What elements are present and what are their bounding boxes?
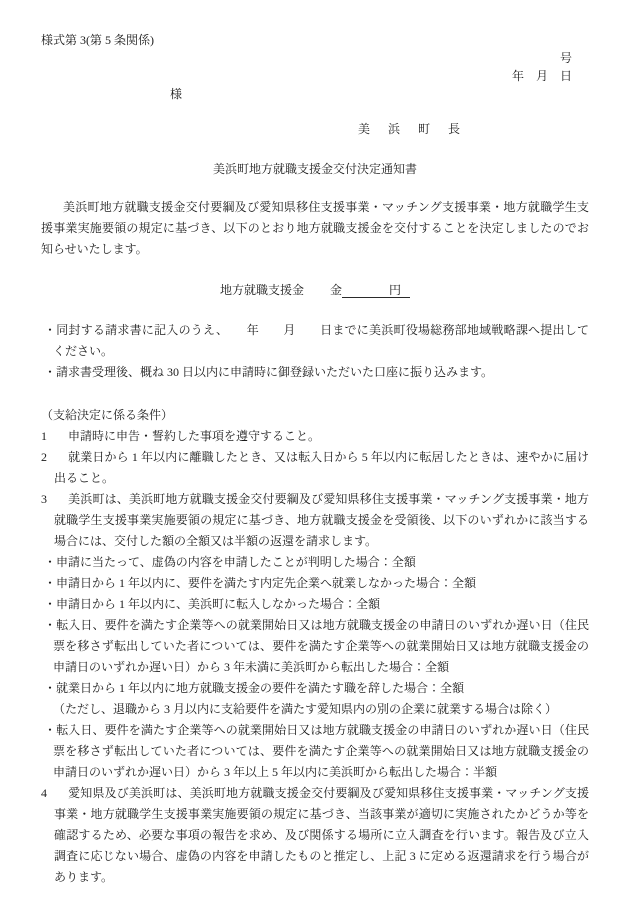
subitem: ・申請日から 1 年以内に、美浜町に転入しなかった場合：全額	[41, 594, 589, 615]
condition-item-2: 2就業日から 1 年以内に離職したとき、又は転入日から 5 年以内に転居したとき…	[41, 447, 589, 489]
conditions-list: 1申請時に申告・誓約した事項を遵守すること。 2就業日から 1 年以内に離職した…	[41, 426, 589, 888]
subitem: ・申請に当たって、虚偽の内容を申請したことが判明した場合：全額	[41, 552, 589, 573]
subitem: ・就業日から 1 年以内に地方就職支援金の要件を満たす職を辞した場合：全額	[41, 678, 589, 699]
condition-3-subitems: ・申請に当たって、虚偽の内容を申請したことが判明した場合：全額 ・申請日から 1…	[41, 552, 589, 783]
date-blank-field: 年 月 日	[512, 69, 572, 83]
document-number-suffix: 号	[560, 51, 572, 65]
subitem: ・申請日から 1 年以内に、要件を満たす内定先企業へ就業しなかった場合：全額	[41, 573, 589, 594]
condition-number: 2	[41, 447, 68, 468]
amount-blank-field: 円	[342, 283, 410, 298]
condition-text: 愛知県及び美浜町は、美浜町地方就職支援金交付要綱及び愛知県移住支援事業・マッチン…	[54, 786, 589, 884]
addressee-line: 様	[41, 85, 589, 103]
sender-line: 美 浜 町 長	[41, 120, 589, 138]
condition-item-4: 4愛知県及び美浜町は、美浜町地方就職支援金交付要綱及び愛知県移住支援事業・マッチ…	[41, 783, 589, 888]
form-number-label: 様式第 3(第 5 条関係)	[41, 31, 589, 49]
notes-section: ・同封する請求書に記入のうえ、 年 月 日までに美浜町役場総務部地域戦略課へ提出…	[41, 320, 589, 383]
condition-item-1: 1申請時に申告・誓約した事項を遵守すること。	[41, 426, 589, 447]
addressee-suffix: 様	[170, 87, 182, 101]
conditions-header: （支給決定に係る条件）	[41, 405, 589, 426]
note-item: ・請求書受理後、概ね 30 日以内に申請時に御登録いただいた口座に振り込みます。	[41, 362, 589, 383]
amount-label: 地方就職支援金	[220, 283, 304, 297]
amount-currency-suffix: 円	[389, 283, 401, 297]
intro-paragraph: 美浜町地方就職支援金交付要綱及び愛知県移住支援事業・マッチング支援事業・地方就職…	[41, 197, 589, 260]
document-number-line: 号	[41, 49, 589, 67]
subitem-note: （ただし、退職から 3 月以内に支給要件を満たす愛知県内の別の企業に就業する場合…	[41, 699, 589, 720]
page-title: 美浜町地方就職支援金交付決定通知書	[41, 159, 589, 180]
notice-document: 様式第 3(第 5 条関係) 号 年 月 日 様 美 浜 町 長 美浜町地方就職…	[0, 0, 630, 903]
amount-currency-prefix: 金	[330, 283, 342, 297]
condition-number: 3	[41, 489, 68, 510]
subitem: ・転入日、要件を満たす企業等への就業開始日又は地方就職支援金の申請日のいずれか遅…	[41, 615, 589, 678]
date-line: 年 月 日	[41, 67, 589, 85]
condition-number: 1	[41, 426, 68, 447]
condition-text: 美浜町は、美浜町地方就職支援金交付要綱及び愛知県移住支援事業・マッチング支援事業…	[54, 492, 589, 548]
condition-number: 4	[41, 783, 68, 804]
condition-text: 申請時に申告・誓約した事項を遵守すること。	[68, 429, 320, 443]
amount-line: 地方就職支援金金円	[41, 280, 589, 301]
condition-item-3: 3美浜町は、美浜町地方就職支援金交付要綱及び愛知県移住支援事業・マッチング支援事…	[41, 489, 589, 552]
subitem: ・転入日、要件を満たす企業等への就業開始日又は地方就職支援金の申請日のいずれか遅…	[41, 720, 589, 783]
condition-text: 就業日から 1 年以内に離職したとき、又は転入日から 5 年以内に転居したときは…	[54, 450, 589, 485]
note-item: ・同封する請求書に記入のうえ、 年 月 日までに美浜町役場総務部地域戦略課へ提出…	[41, 320, 589, 362]
